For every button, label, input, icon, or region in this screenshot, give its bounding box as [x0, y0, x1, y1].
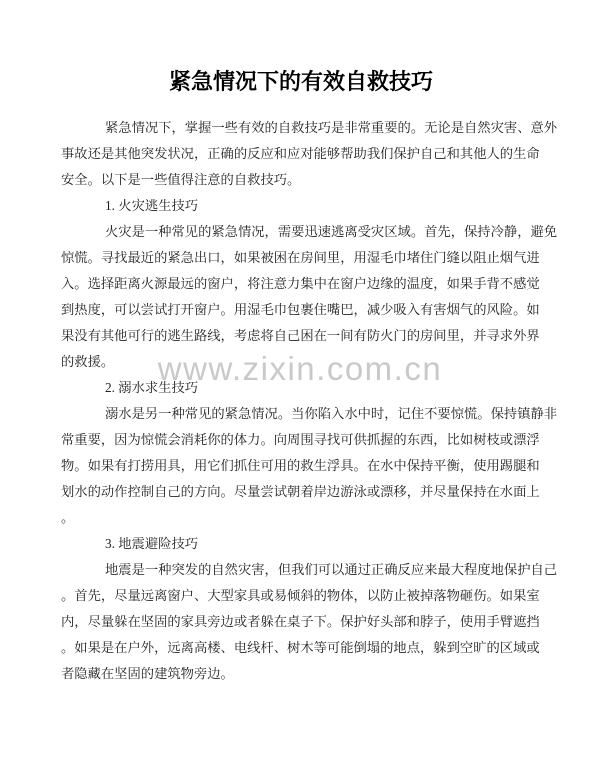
document-title: 紧急情况下的有效自救技巧	[61, 66, 541, 98]
intro-paragraph: 紧急情况下，掌握一些有效的自救技巧是非常重要的。无论是自然灾害、意外 事故还是其…	[61, 115, 541, 193]
document-page: www.zixin.com.cn 紧急情况下的有效自救技巧 紧急情况下，掌握一些…	[0, 0, 600, 776]
section-3-paragraph: 地震是一种突发的自然灾害，但我们可以通过正确反应来最大程度地保护自己 。首先，尽…	[61, 557, 541, 687]
section-3-heading: 3. 地震避险技巧	[61, 531, 541, 557]
section-2-heading: 2. 溺水求生技巧	[61, 375, 541, 401]
document-content: 紧急情况下的有效自救技巧 紧急情况下，掌握一些有效的自救技巧是非常重要的。无论是…	[61, 66, 541, 687]
section-1-heading: 1. 火灾逃生技巧	[61, 193, 541, 219]
section-1-paragraph: 火灾是一种常见的紧急情况，需要迅速逃离受灾区域。首先，保持冷静，避免 惊慌。寻找…	[61, 219, 541, 375]
section-2-paragraph: 溺水是另一种常见的紧急情况。当你陷入水中时，记住不要惊慌。保持镇静非 常重要，因…	[61, 401, 541, 531]
